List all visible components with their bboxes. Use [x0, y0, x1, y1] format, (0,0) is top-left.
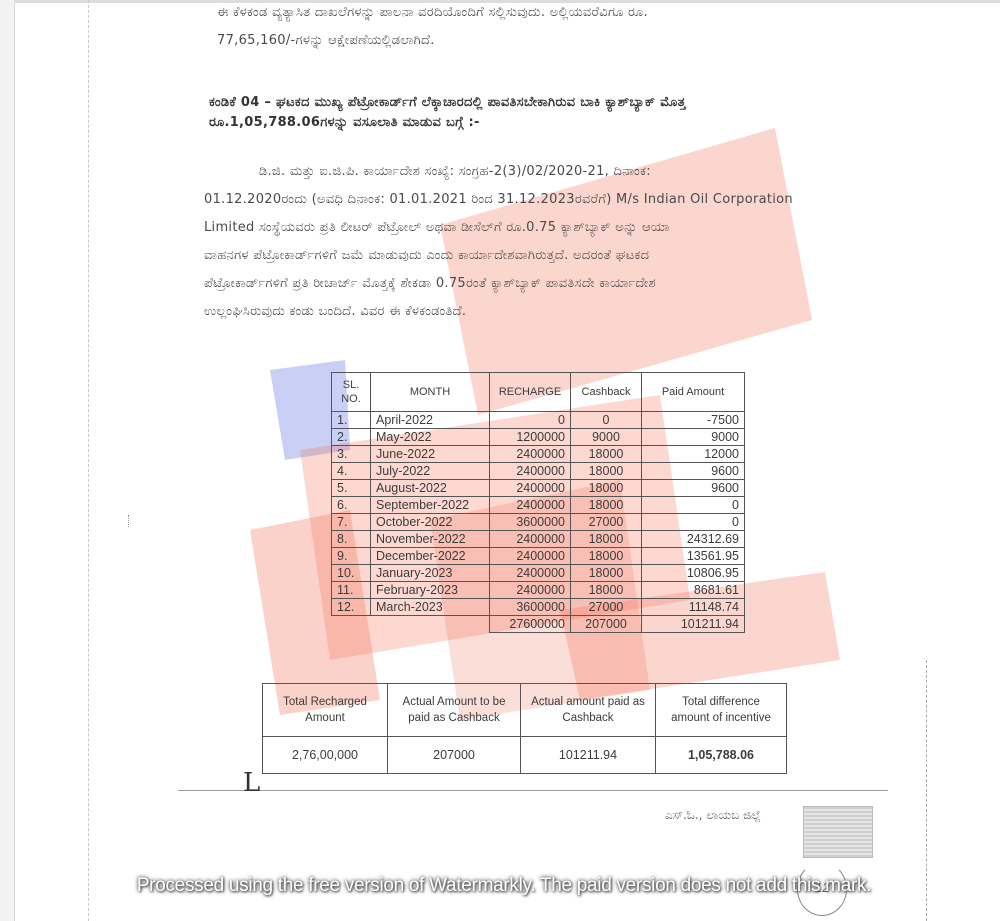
cell-recharge: 1200000 [490, 429, 571, 446]
table-row: 9.December-202224000001800013561.95 [332, 548, 745, 565]
cell-month: August-2022 [371, 480, 490, 497]
paragraph-line: ಈ ಕೆಳಕಂಡ ವ್ಯತ್ಯಾಸಿತ ದಾಖಲೆಗಳನ್ನು ಪಾಲನಾ ವರ… [217, 0, 648, 27]
cell-month: June-2022 [371, 446, 490, 463]
cell-cashback: 27000 [571, 599, 642, 616]
summary-table: Total Recharged Amount Actual Amount to … [262, 683, 787, 774]
table-row: 6.September-20222400000180000 [332, 497, 745, 514]
cell-paid-amount: 9000 [642, 429, 745, 446]
paragraph-line: 01.12.2020ರಂದು (ಅವಧಿ ದಿನಾಂಕ: 01.01.2021 … [204, 186, 793, 214]
cell-paid-amount: 0 [642, 497, 745, 514]
scan-edge-line [88, 0, 89, 921]
cell-sl: 3. [332, 446, 371, 463]
summary-actual-paid: 101211.94 [521, 737, 656, 774]
cell-sl: 10. [332, 565, 371, 582]
cell-cashback: 18000 [571, 446, 642, 463]
blank-cell [371, 616, 490, 633]
heading-line: ಕಂಡಿಕೆ 04 – ಘಟಕದ ಮುಖ್ಯ ಪೆಟ್ರೋಕಾರ್ಡ್‌ಗೆ ಲ… [209, 93, 686, 113]
cell-sl: 7. [332, 514, 371, 531]
cell-recharge: 2400000 [490, 565, 571, 582]
summary-difference: 1,05,788.06 [656, 737, 787, 774]
cell-sl: 2. [332, 429, 371, 446]
paragraph-line: ವಾಹನಗಳ ಪೆಟ್ರೋಕಾರ್ಡ್‌ಗಳಿಗೆ ಜಮೆ ಮಾಡುವುದು ಎ… [204, 242, 793, 270]
paragraph-line: ಉಲ್ಲಂಘಿಸಿರುವುದು ಕಂಡು ಬಂದಿದೆ. ವಿವರ ಈ ಕೆಳಕ… [204, 298, 793, 326]
cell-month: November-2022 [371, 531, 490, 548]
cell-paid-amount: 13561.95 [642, 548, 745, 565]
table-header-row: SL. NO. MONTH RECHARGE Cashback Paid Amo… [332, 373, 745, 412]
heading-line: ರೂ.1,05,788.06ಗಳನ್ನು ವಸೂಲಾತಿ ಮಾಡುವ ಬಗ್ಗೆ… [209, 113, 686, 133]
cell-sl: 1. [332, 412, 371, 429]
table-row: 2.May-2022120000090009000 [332, 429, 745, 446]
cell-recharge: 3600000 [490, 514, 571, 531]
cell-sl: 6. [332, 497, 371, 514]
cell-paid-amount: 0 [642, 514, 745, 531]
table-row: 11.February-20232400000180008681.61 [332, 582, 745, 599]
cell-paid-amount: 8681.61 [642, 582, 745, 599]
cell-paid-amount: 12000 [642, 446, 745, 463]
total-cashback: 207000 [571, 616, 642, 633]
scanned-document: ಈ ಕೆಳಕಂಡ ವ್ಯತ್ಯಾಸಿತ ದಾಖಲೆಗಳನ್ನು ಪಾಲನಾ ವರ… [0, 0, 1000, 921]
table-row: 4.July-20222400000180009600 [332, 463, 745, 480]
table-row: 3.June-202224000001800012000 [332, 446, 745, 463]
section-heading: ಕಂಡಿಕೆ 04 – ಘಟಕದ ಮುಖ್ಯ ಪೆಟ್ರೋಕಾರ್ಡ್‌ಗೆ ಲ… [209, 93, 686, 133]
cell-cashback: 18000 [571, 582, 642, 599]
cell-cashback: 18000 [571, 463, 642, 480]
cell-recharge: 2400000 [490, 497, 571, 514]
stamp-mark [803, 806, 873, 858]
cell-paid-amount: 10806.95 [642, 565, 745, 582]
blank-cell [332, 616, 371, 633]
table-row: 12.March-202336000002700011148.74 [332, 599, 745, 616]
cell-cashback: 0 [571, 412, 642, 429]
paragraph-2: ಡಿ.ಜಿ. ಮತ್ತು ಐ.ಜಿ.ಪಿ. ಕಾರ್ಯಾದೇಶ ಸಂಖ್ಯೆ: … [204, 158, 793, 326]
total-recharge: 27600000 [490, 616, 571, 633]
paragraph-1: ಈ ಕೆಳಕಂಡ ವ್ಯತ್ಯಾಸಿತ ದಾಖಲೆಗಳನ್ನು ಪಾಲನಾ ವರ… [217, 0, 648, 55]
cell-recharge: 2400000 [490, 548, 571, 565]
cell-cashback: 9000 [571, 429, 642, 446]
table-row: 7.October-20223600000270000 [332, 514, 745, 531]
column-header-sl: SL. NO. [332, 373, 371, 412]
cell-paid-amount: -7500 [642, 412, 745, 429]
cell-recharge: 0 [490, 412, 571, 429]
cell-month: March-2023 [371, 599, 490, 616]
cell-sl: 12. [332, 599, 371, 616]
cashback-monthly-table: SL. NO. MONTH RECHARGE Cashback Paid Amo… [331, 372, 745, 633]
column-header-paid-amount: Paid Amount [642, 373, 745, 412]
cell-cashback: 18000 [571, 480, 642, 497]
cell-month: September-2022 [371, 497, 490, 514]
summary-header-actual-paid: Actual amount paid as Cashback [521, 684, 656, 737]
cell-month: October-2022 [371, 514, 490, 531]
summary-header-difference: Total difference amount of incentive [656, 684, 787, 737]
cell-month: February-2023 [371, 582, 490, 599]
cell-recharge: 2400000 [490, 582, 571, 599]
cell-month: April-2022 [371, 412, 490, 429]
summary-total-recharged: 2,76,00,000 [263, 737, 388, 774]
summary-header-row: Total Recharged Amount Actual Amount to … [263, 684, 787, 737]
watermark-text: Processed using the free version of Wate… [84, 875, 924, 897]
cell-paid-amount: 24312.69 [642, 531, 745, 548]
cell-cashback: 27000 [571, 514, 642, 531]
cell-cashback: 18000 [571, 497, 642, 514]
cell-recharge: 2400000 [490, 446, 571, 463]
cell-month: July-2022 [371, 463, 490, 480]
cell-month: January-2023 [371, 565, 490, 582]
cell-sl: 4. [332, 463, 371, 480]
cell-recharge: 3600000 [490, 599, 571, 616]
summary-actual-to-pay: 207000 [388, 737, 521, 774]
cell-cashback: 18000 [571, 565, 642, 582]
cell-cashback: 18000 [571, 531, 642, 548]
table-row: 5.August-20222400000180009600 [332, 480, 745, 497]
handwritten-mark: L [243, 768, 260, 798]
cell-cashback: 18000 [571, 548, 642, 565]
column-header-month: MONTH [371, 373, 490, 412]
cell-recharge: 2400000 [490, 463, 571, 480]
summary-value-row: 2,76,00,000 207000 101211.94 1,05,788.06 [263, 737, 787, 774]
table-row: 1.April-202200-7500 [332, 412, 745, 429]
handwritten-rule-line [178, 790, 888, 791]
summary-header-total-recharged: Total Recharged Amount [263, 684, 388, 737]
paragraph-line: Limited ಸಂಸ್ಥೆಯವರು ಪ್ರತಿ ಲೀಟರ್ ಪೆಟ್ರೋಲ್ … [204, 214, 793, 242]
total-paid-amount: 101211.94 [642, 616, 745, 633]
cell-paid-amount: 11148.74 [642, 599, 745, 616]
cell-paid-amount: 9600 [642, 463, 745, 480]
cell-sl: 5. [332, 480, 371, 497]
cell-month: December-2022 [371, 548, 490, 565]
paragraph-line: ಪೆಟ್ರೋಕಾರ್ಡ್‌ಗಳಿಗೆ ಪ್ರತಿ ರೀಚಾರ್ಜ್ ಮೊತ್ತಕ… [204, 270, 793, 298]
scan-edge-line [926, 660, 927, 921]
cell-sl: 9. [332, 548, 371, 565]
scan-dot-mark [128, 515, 132, 527]
cell-month: May-2022 [371, 429, 490, 446]
cell-sl: 8. [332, 531, 371, 548]
column-header-recharge: RECHARGE [490, 373, 571, 412]
table-row: 8.November-202224000001800024312.69 [332, 531, 745, 548]
paragraph-line: 77,65,160/-ಗಳನ್ನು ಆಕ್ಷೇಪಣೆಯಲ್ಲಿಡಲಾಗಿದೆ. [217, 27, 648, 55]
cell-recharge: 2400000 [490, 531, 571, 548]
cell-paid-amount: 9600 [642, 480, 745, 497]
summary-header-actual-to-pay: Actual Amount to be paid as Cashback [388, 684, 521, 737]
cell-sl: 11. [332, 582, 371, 599]
paragraph-line: ಡಿ.ಜಿ. ಮತ್ತು ಐ.ಜಿ.ಪಿ. ಕಾರ್ಯಾದೇಶ ಸಂಖ್ಯೆ: … [204, 158, 793, 186]
column-header-cashback: Cashback [571, 373, 642, 412]
signature-caption: ಎಸ್.ಓ., ಲಾಯಬ ಜಿಲ್ಲೆ [665, 808, 761, 823]
cell-recharge: 2400000 [490, 480, 571, 497]
table-row: 10.January-202324000001800010806.95 [332, 565, 745, 582]
table-totals-row: 27600000207000101211.94 [332, 616, 745, 633]
